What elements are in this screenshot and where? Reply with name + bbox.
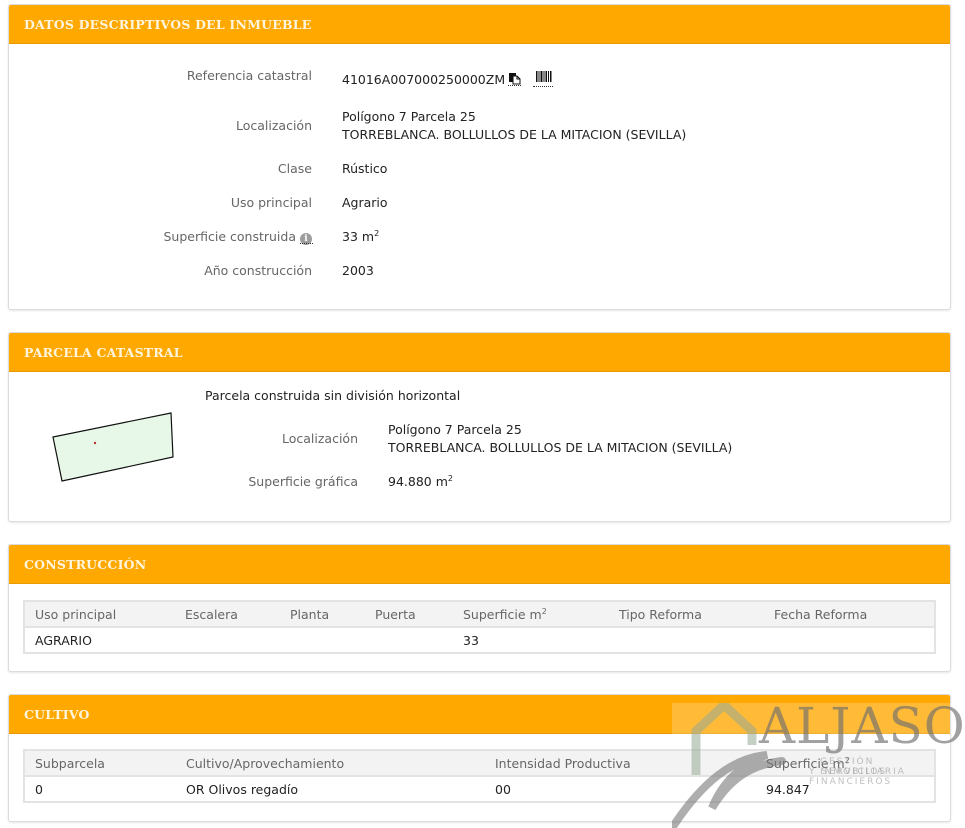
table-cell bbox=[365, 627, 453, 653]
parcela-localizacion-line2: TORREBLANCA. BOLLULLOS DE LA MITACION (S… bbox=[388, 439, 732, 457]
referencia-value: 41016A007000250000ZM bbox=[342, 71, 521, 89]
table-row: 0 OR Olivos regadío 00 94.847 bbox=[24, 776, 935, 802]
clase-label: Clase bbox=[150, 161, 312, 176]
superficie-grafica-value: 94.880 m2 bbox=[388, 473, 453, 491]
panel-title: CULTIVO bbox=[24, 707, 90, 722]
column-header: Puerta bbox=[365, 601, 453, 627]
localizacion-line2: TORREBLANCA. BOLLULLOS DE LA MITACION (S… bbox=[342, 126, 686, 144]
column-header: Superficie m2 bbox=[453, 601, 609, 627]
panel-header: CONSTRUCCIÓN bbox=[9, 545, 950, 584]
localizacion-value: Polígono 7 Parcela 25 TORREBLANCA. BOLLU… bbox=[342, 108, 686, 144]
parcela-localizacion-line1: Polígono 7 Parcela 25 bbox=[388, 421, 732, 439]
unit-exponent: 2 bbox=[374, 229, 379, 238]
panel-title: CONSTRUCCIÓN bbox=[24, 557, 146, 572]
table-cell: 94.847 bbox=[756, 776, 935, 802]
column-header: Tipo Reforma bbox=[609, 601, 764, 627]
anio-construccion-label: Año construcción bbox=[150, 263, 312, 278]
localizacion-label: Localización bbox=[150, 118, 312, 133]
superficie-construida-text: Superficie construida bbox=[164, 229, 297, 244]
anio-construccion-value: 2003 bbox=[342, 262, 374, 280]
panel-header: DATOS DESCRIPTIVOS DEL INMUEBLE bbox=[9, 5, 950, 44]
construccion-table: Uso principal Escalera Planta Puerta Sup… bbox=[23, 600, 936, 654]
referencia-label: Referencia catastral bbox=[150, 68, 312, 83]
uso-principal-label: Uso principal bbox=[150, 195, 312, 210]
column-header: Fecha Reforma bbox=[764, 601, 935, 627]
info-icon-underline bbox=[300, 243, 313, 244]
superficie-grafica-number: 94.880 m bbox=[388, 474, 448, 489]
column-header-text: Superficie m bbox=[463, 607, 542, 622]
parcela-localizacion-label: Localización bbox=[200, 431, 358, 446]
column-header: Planta bbox=[280, 601, 365, 627]
table-cell bbox=[280, 627, 365, 653]
referencia-text[interactable]: 41016A007000250000ZM bbox=[342, 72, 505, 87]
superficie-grafica-label: Superficie gráfica bbox=[200, 474, 358, 489]
clase-value: Rústico bbox=[342, 160, 387, 178]
column-header-text: Superficie m bbox=[766, 756, 845, 771]
parcel-shape bbox=[53, 413, 173, 481]
column-header: Escalera bbox=[175, 601, 280, 627]
table-cell bbox=[764, 627, 935, 653]
unit-exponent: 2 bbox=[542, 607, 547, 616]
table-cell bbox=[175, 627, 280, 653]
panel-title: DATOS DESCRIPTIVOS DEL INMUEBLE bbox=[24, 17, 311, 32]
column-header: Subparcela bbox=[24, 750, 176, 776]
cultivo-table: Subparcela Cultivo/Aprovechamiento Inten… bbox=[23, 749, 936, 803]
table-cell: 33 bbox=[453, 627, 609, 653]
parcel-center-marker bbox=[94, 442, 96, 444]
superficie-construida-label: Superficie construidai bbox=[120, 229, 312, 245]
uso-principal-value: Agrario bbox=[342, 194, 388, 212]
parcela-localizacion-value: Polígono 7 Parcela 25 TORREBLANCA. BOLLU… bbox=[388, 421, 732, 457]
copy-icon[interactable] bbox=[508, 72, 521, 86]
column-header: Intensidad Productiva bbox=[485, 750, 756, 776]
barcode-icon[interactable] bbox=[533, 70, 553, 87]
unit-exponent: 2 bbox=[448, 474, 453, 483]
parcel-map[interactable] bbox=[45, 405, 185, 490]
table-cell: AGRARIO bbox=[24, 627, 175, 653]
column-header: Uso principal bbox=[24, 601, 175, 627]
parcela-subtitle: Parcela construida sin división horizont… bbox=[205, 387, 460, 405]
table-cell: 00 bbox=[485, 776, 756, 802]
localizacion-line1: Polígono 7 Parcela 25 bbox=[342, 108, 686, 126]
column-header: Superficie m2 bbox=[756, 750, 935, 776]
panel-header: CULTIVO bbox=[9, 695, 950, 734]
superficie-construida-value: 33 m2 bbox=[342, 228, 379, 246]
table-row: AGRARIO 33 bbox=[24, 627, 935, 653]
column-header: Cultivo/Aprovechamiento bbox=[176, 750, 485, 776]
superficie-construida-number: 33 m bbox=[342, 229, 374, 244]
table-cell: 0 bbox=[24, 776, 176, 802]
table-header-row: Uso principal Escalera Planta Puerta Sup… bbox=[24, 601, 935, 627]
table-cell: OR Olivos regadío bbox=[176, 776, 485, 802]
table-header-row: Subparcela Cultivo/Aprovechamiento Inten… bbox=[24, 750, 935, 776]
unit-exponent: 2 bbox=[845, 756, 850, 765]
panel-header: PARCELA CATASTRAL bbox=[9, 333, 950, 372]
panel-title: PARCELA CATASTRAL bbox=[24, 345, 183, 360]
table-cell bbox=[609, 627, 764, 653]
